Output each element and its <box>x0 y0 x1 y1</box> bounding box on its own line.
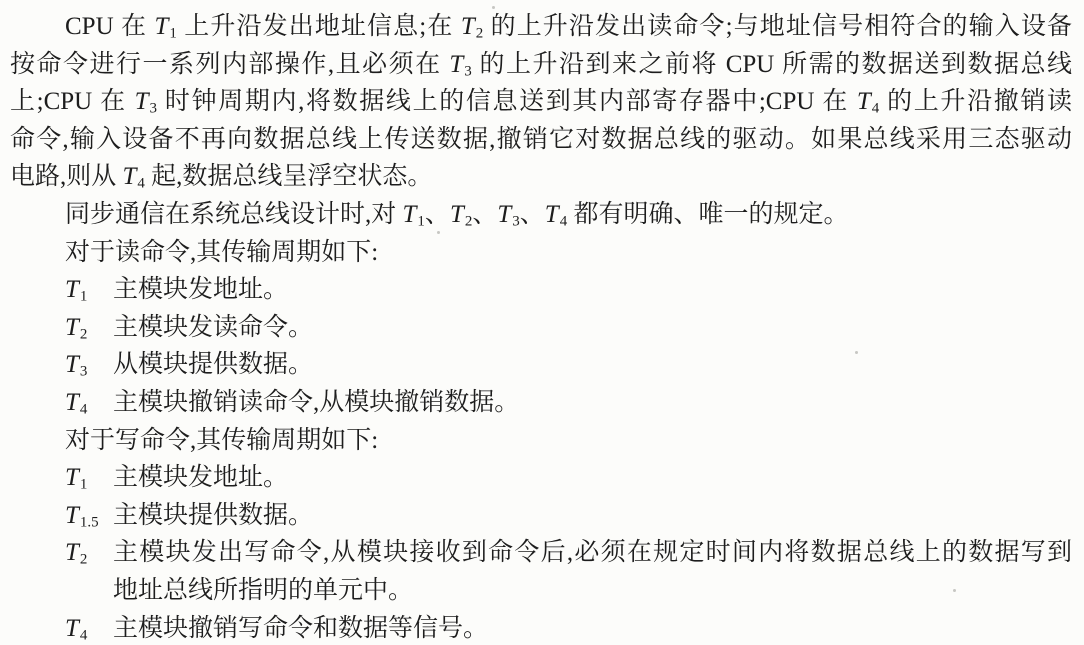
timing-list-item: T1主模块发地址。 <box>10 271 1072 309</box>
timing-variable: T <box>461 13 476 40</box>
timing-variable: T <box>65 615 80 642</box>
timing-variable: T <box>65 351 80 378</box>
timing-variable: T <box>65 389 80 416</box>
timing-list-item: T2主模块发读命令。 <box>10 309 1072 347</box>
timing-label: T1 <box>65 459 113 497</box>
timing-subscript: 1 <box>80 288 88 304</box>
timing-subscript: 4 <box>872 100 880 116</box>
timing-label: T4 <box>65 610 113 645</box>
timing-list-item: T4主模块撤销读命令,从模块撤销数据。 <box>10 384 1072 422</box>
text-line: 对于读命令,其传输周期如下: <box>10 234 1072 272</box>
text-line: 按命令进行一系列内部操作,且必须在 T3 的上升沿到来之前将 CPU 所需的数据… <box>10 46 1072 84</box>
timing-subscript: 2 <box>476 25 484 41</box>
text-line: CPU 在 T1 上升沿发出地址信息;在 T2 的上升沿发出读命令;与地址信号相… <box>10 8 1072 46</box>
timing-subscript: 4 <box>80 627 88 643</box>
timing-subscript: 1 <box>417 213 425 229</box>
timing-variable: T <box>450 201 465 228</box>
timing-label: T1 <box>65 271 113 309</box>
line-text: 主模块撤销读命令,从模块撤销数据。 <box>113 384 1072 422</box>
timing-subscript: 1.5 <box>80 514 99 530</box>
timing-variable: T <box>123 163 138 190</box>
timing-variable: T <box>65 502 80 529</box>
timing-subscript: 2 <box>80 552 88 568</box>
timing-variable: T <box>403 201 418 228</box>
timing-subscript: 4 <box>80 401 88 417</box>
timing-subscript: 4 <box>560 213 568 229</box>
timing-subscript: 2 <box>80 326 88 342</box>
timing-list-item: T1.5主模块提供数据。 <box>10 497 1072 535</box>
timing-subscript: 3 <box>464 63 472 79</box>
line-text: 上;CPU 在 T3 时钟周期内,将数据线上的信息送到其内部寄存器中;CPU 在… <box>10 88 1072 115</box>
text-line: 命令,输入设备不再向数据总线上传送数据,撤销它对数据总线的驱动。如果总线采用三态… <box>10 121 1072 159</box>
text-line: 同步通信在系统总线设计时,对 T1、T2、T3、T4 都有明确、唯一的规定。 <box>10 196 1072 234</box>
timing-variable: T <box>135 88 150 115</box>
timing-subscript: 1 <box>80 476 88 492</box>
text-line: 上;CPU 在 T3 时钟周期内,将数据线上的信息送到其内部寄存器中;CPU 在… <box>10 83 1072 121</box>
timing-list-item: T2主模块发出写命令,从模块接收到命令后,必须在规定时间内将数据总线上的数据写到 <box>10 534 1072 572</box>
scanned-document-page: CPU 在 T1 上升沿发出地址信息;在 T2 的上升沿发出读命令;与地址信号相… <box>0 0 1084 645</box>
line-text: 主模块发读命令。 <box>113 309 1072 347</box>
timing-list-item: T1主模块发地址。 <box>10 459 1072 497</box>
line-text: 主模块发地址。 <box>113 271 1072 309</box>
timing-list-item: T4主模块撤销写命令和数据等信号。 <box>10 610 1072 645</box>
text-line: 电路,则从 T4 起,数据总线呈浮空状态。 <box>10 158 1072 196</box>
timing-label: T1.5 <box>65 497 113 535</box>
line-text: 主模块提供数据。 <box>113 497 1072 535</box>
timing-subscript: 1 <box>169 25 177 41</box>
scan-speck <box>953 589 956 592</box>
document-body: CPU 在 T1 上升沿发出地址信息;在 T2 的上升沿发出读命令;与地址信号相… <box>10 8 1072 645</box>
line-text: 从模块提供数据。 <box>113 346 1072 384</box>
timing-label: T4 <box>65 384 113 422</box>
timing-subscript: 3 <box>150 100 158 116</box>
timing-variable: T <box>497 201 512 228</box>
line-text: CPU 在 T1 上升沿发出地址信息;在 T2 的上升沿发出读命令;与地址信号相… <box>65 13 1072 40</box>
timing-variable: T <box>154 13 169 40</box>
timing-list-item: T3从模块提供数据。 <box>10 346 1072 384</box>
scan-speck <box>437 231 440 234</box>
timing-subscript: 3 <box>80 364 88 380</box>
line-text: 主模块发出写命令,从模块接收到命令后,必须在规定时间内将数据总线上的数据写到 <box>113 534 1072 572</box>
timing-label: T2 <box>65 309 113 347</box>
timing-variable: T <box>65 539 80 566</box>
timing-subscript: 2 <box>465 213 473 229</box>
scan-speck <box>492 6 495 9</box>
timing-label: T2 <box>65 534 113 572</box>
timing-variable: T <box>857 88 872 115</box>
timing-variable: T <box>65 464 80 491</box>
line-text: 按命令进行一系列内部操作,且必须在 T3 的上升沿到来之前将 CPU 所需的数据… <box>10 51 1072 78</box>
line-text: 地址总线所指明的单元中。 <box>113 577 413 604</box>
timing-variable: T <box>545 201 560 228</box>
scan-speck <box>745 140 748 143</box>
line-text: 命令,输入设备不再向数据总线上传送数据,撤销它对数据总线的驱动。如果总线采用三态… <box>10 126 1072 153</box>
line-text: 电路,则从 T4 起,数据总线呈浮空状态。 <box>10 163 432 190</box>
timing-subscript: 4 <box>137 176 145 192</box>
timing-variable: T <box>449 51 464 78</box>
text-line: 对于写命令,其传输周期如下: <box>10 422 1072 460</box>
line-text: 同步通信在系统总线设计时,对 T1、T2、T3、T4 都有明确、唯一的规定。 <box>65 201 848 228</box>
line-text: 主模块发地址。 <box>113 459 1072 497</box>
timing-variable: T <box>65 276 80 303</box>
line-text: 对于读命令,其传输周期如下: <box>65 239 378 266</box>
text-line: 地址总线所指明的单元中。 <box>10 572 1072 610</box>
line-text: 主模块撤销写命令和数据等信号。 <box>113 610 1072 645</box>
timing-subscript: 3 <box>512 213 520 229</box>
scan-speck <box>855 351 858 354</box>
timing-variable: T <box>65 314 80 341</box>
line-text: 对于写命令,其传输周期如下: <box>65 427 378 454</box>
timing-label: T3 <box>65 346 113 384</box>
